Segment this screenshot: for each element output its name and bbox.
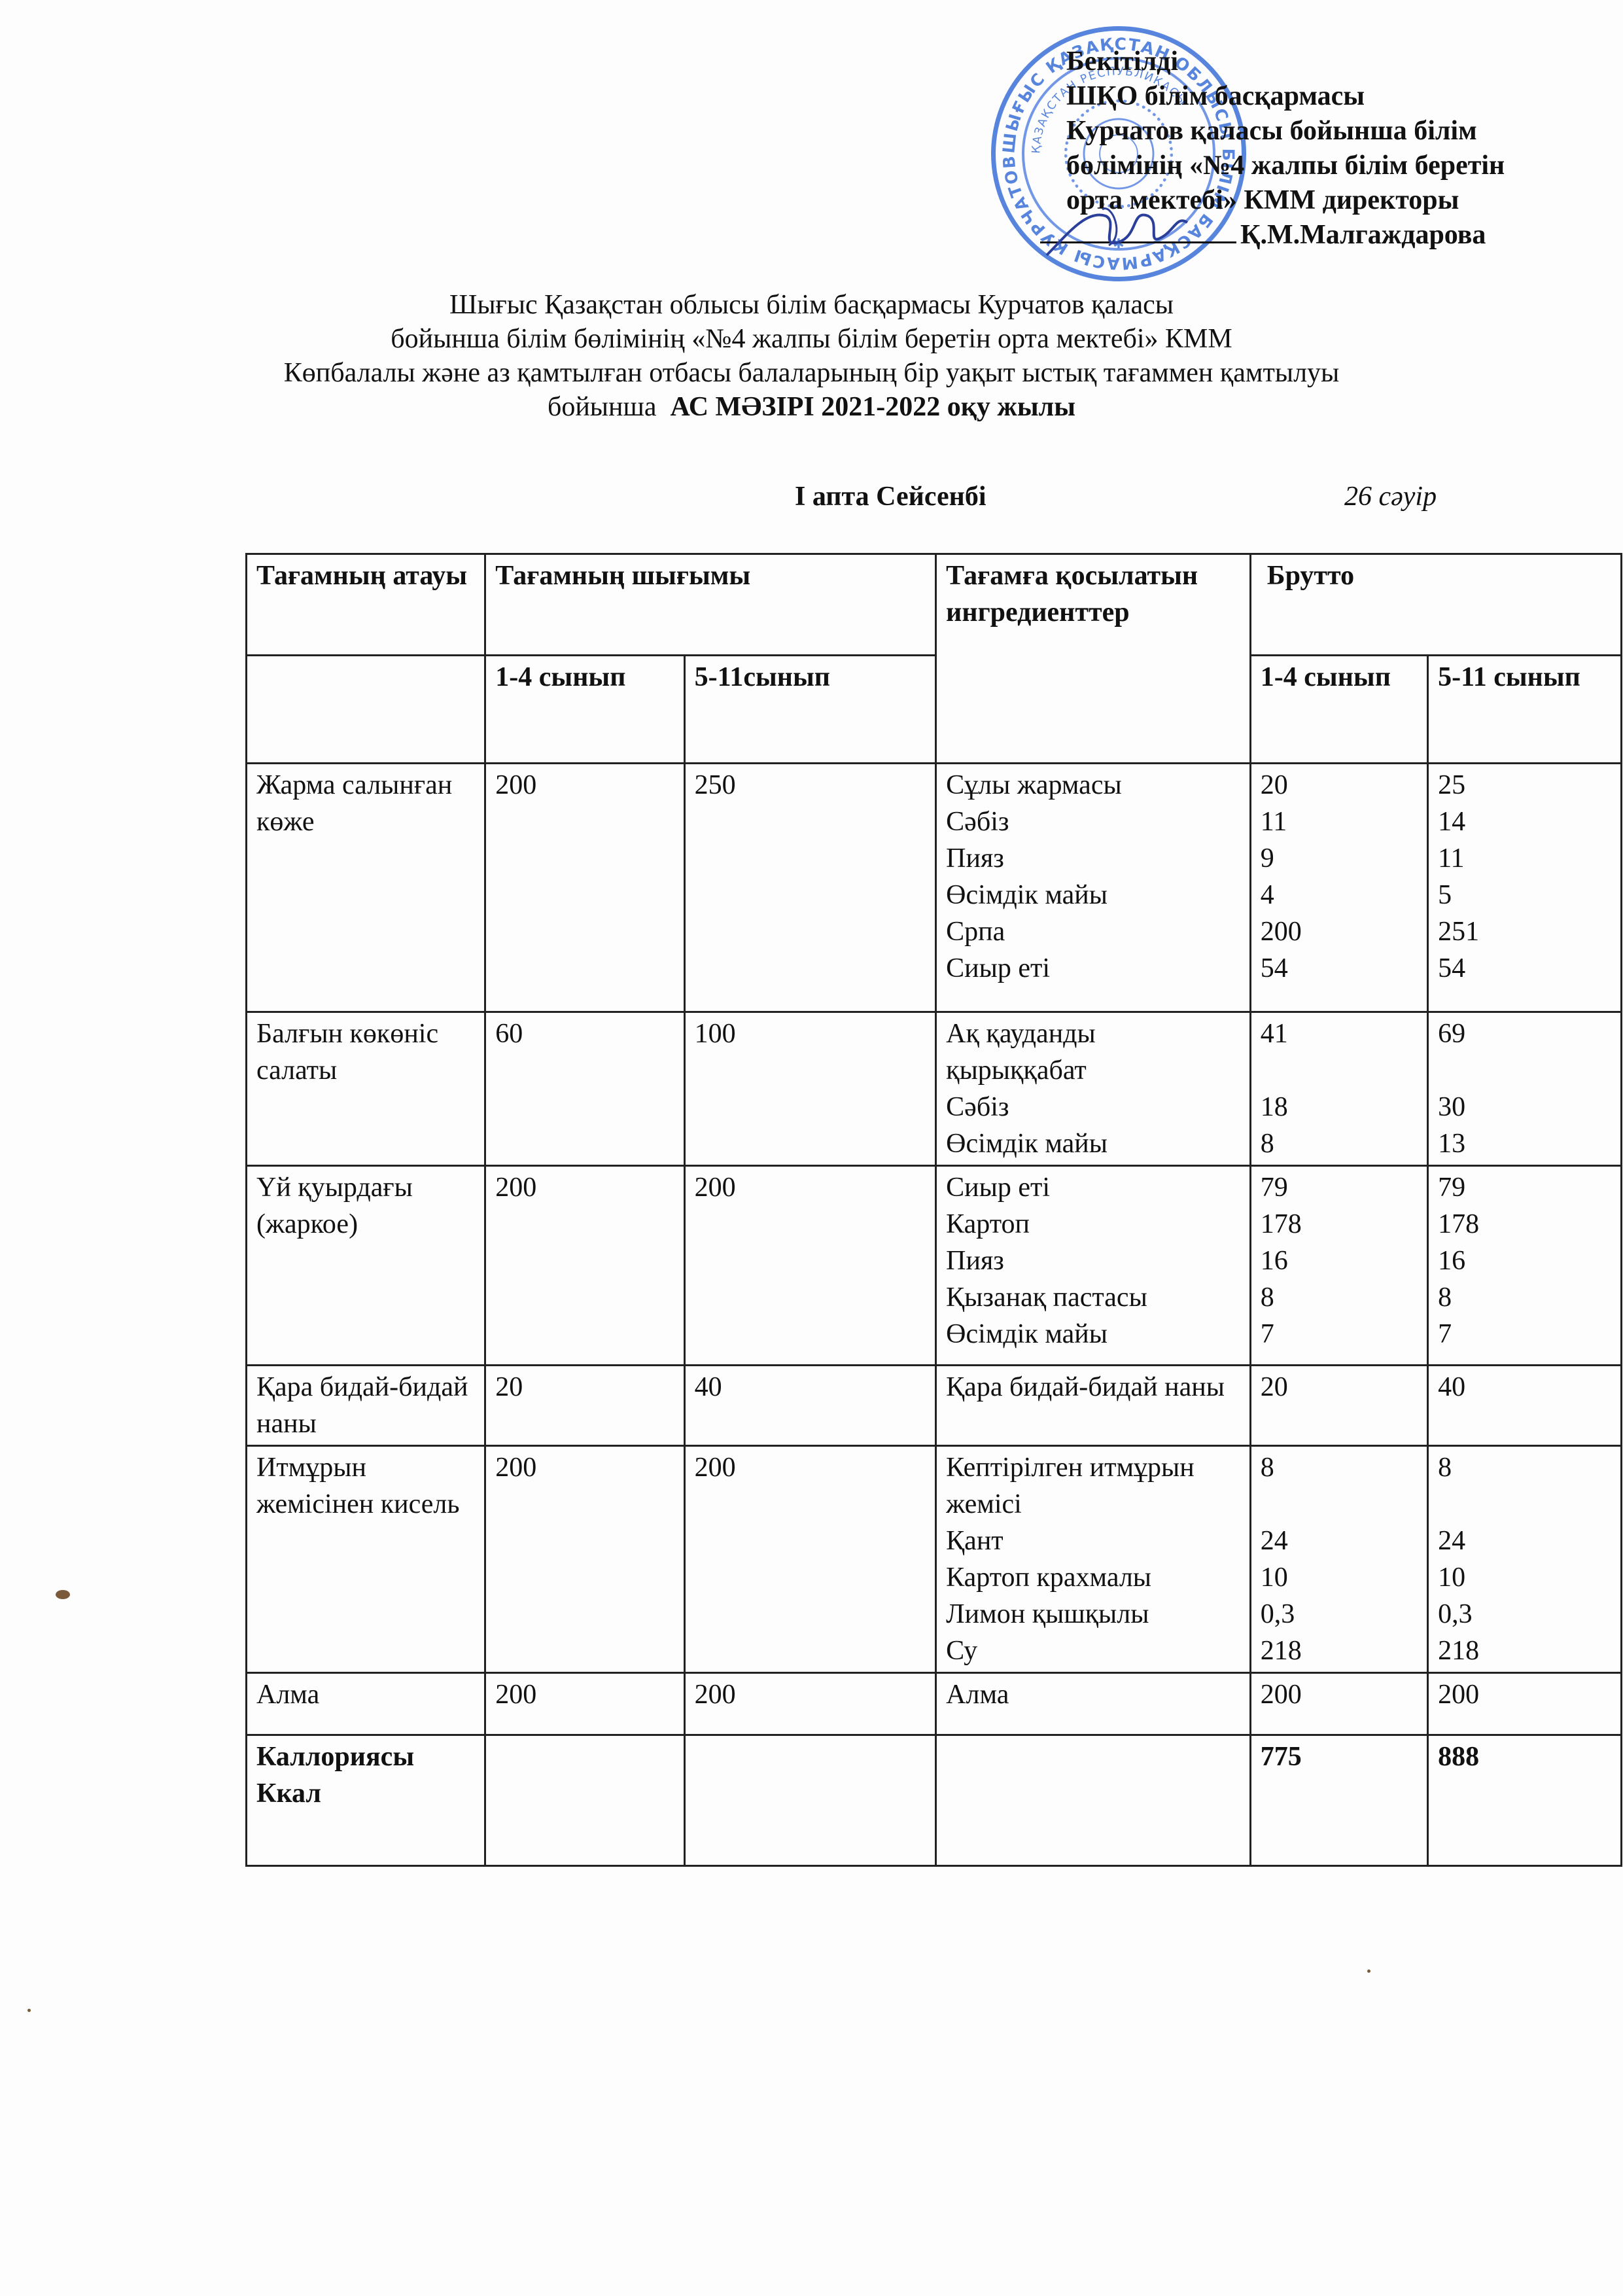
brutto-value: 200 [1438,1676,1611,1713]
brutto-value: 218 [1261,1633,1418,1669]
brutto-value: 10 [1261,1559,1418,1596]
week-day-label: І апта Сейсенбі [795,481,986,512]
output-5-11: 200 [684,1166,936,1366]
title-line-2: бойынша білім бөлімінің «№4 жалпы білім … [0,322,1623,356]
ingredient-item: Пияз [946,840,1240,877]
total-row: Каллориясы Ккал 775 888 [247,1735,1622,1866]
brutto-value: 54 [1438,950,1611,987]
brutto-value: 8 [1261,1125,1418,1162]
output-1-4: 200 [485,1673,684,1735]
ingredient-item: Өсімдік майы [946,1316,1240,1352]
brutto-value: 20 [1261,1369,1418,1405]
header-output-1-4: 1-4 сынып [485,656,684,764]
ingredients-cell: Ақ қауданды қырыққабатСәбізӨсімдік майы [936,1012,1251,1166]
ingredient-item: Өсімдік майы [946,877,1240,913]
total-label: Каллориясы Ккал [247,1735,485,1866]
scan-artifact [1367,1969,1370,1973]
brutto-value: 54 [1261,950,1418,987]
table-row: Жарма салынған көже200250Сұлы жармасыСәб… [247,764,1622,1012]
ingredient-item: Картоп [946,1206,1240,1243]
table-row: Үй қуырдағы (жаркое)200200Сиыр етіКартоп… [247,1166,1622,1366]
ingredient-item: Ақ қауданды қырыққабат [946,1016,1240,1089]
output-1-4: 60 [485,1012,684,1166]
dish-name: Жарма салынған көже [247,764,485,1012]
brutto-value: 200 [1261,913,1418,950]
dish-name: Балғын көкөніс салаты [247,1012,485,1166]
total-empty [485,1735,684,1866]
document-title: Шығыс Қазақстан облысы білім басқармасы … [0,288,1623,424]
total-empty [936,1735,1251,1866]
menu-title: АС МӘЗІРІ 2021-2022 оқу жылы [670,392,1075,422]
ingredients-cell: Сұлы жармасыСәбізПиязӨсімдік майыСрпаСиы… [936,764,1251,1012]
output-5-11: 40 [684,1366,936,1446]
brutto-value: 24 [1438,1523,1611,1559]
ingredient-item: Қызанақ пастасы [946,1279,1240,1316]
ingredient-item: Кептірілген итмұрын жемісі [946,1449,1240,1523]
dish-name: Үй қуырдағы (жаркое) [247,1166,485,1366]
menu-table: Тағамның атауы Тағамның шығымы Тағамға қ… [245,553,1622,1867]
brutto-value: 79 [1261,1169,1418,1206]
scan-artifact [56,1590,70,1599]
brutto-value: 251 [1438,913,1611,950]
brutto-5-11-cell: 69 3013 [1428,1012,1622,1166]
total-kcal-1-4: 775 [1250,1735,1427,1866]
brutto-value: 5 [1438,877,1611,913]
approval-line: Курчатов қаласы бойынша білім [1066,114,1505,149]
ingredients-cell: Сиыр етіКартопПиязҚызанақ пастасыӨсімдік… [936,1166,1251,1366]
brutto-value: 0,3 [1261,1596,1418,1633]
ingredient-item: Картоп крахмалы [946,1559,1240,1596]
brutto-1-4-cell: 20119420054 [1250,764,1427,1012]
brutto-value: 24 [1261,1523,1418,1559]
brutto-value: 0,3 [1438,1596,1611,1633]
output-5-11: 250 [684,764,936,1012]
approval-line: бөлімінің «№4 жалпы білім беретін [1066,149,1505,183]
total-kcal-5-11: 888 [1428,1735,1622,1866]
brutto-value: 69 [1438,1016,1611,1052]
brutto-value: 8 [1261,1279,1418,1316]
output-1-4: 200 [485,1446,684,1673]
output-1-4: 200 [485,1166,684,1366]
total-empty [684,1735,936,1866]
title-line-3: Көпбалалы және аз қамтылған отбасы балал… [0,356,1623,390]
brutto-value: 7 [1261,1316,1418,1352]
table-row: Алма200200Алма200200 [247,1673,1622,1735]
brutto-5-11-cell: 200 [1428,1673,1622,1735]
title-line-4: бойынша АС МӘЗІРІ 2021-2022 оқу жылы [0,390,1623,424]
brutto-1-4-cell: 41 188 [1250,1012,1427,1166]
brutto-5-11-cell: 251411525154 [1428,764,1622,1012]
brutto-1-4-cell: 791781687 [1250,1166,1427,1366]
signatory-name: Қ.М.Малгаждарова [1240,220,1486,250]
brutto-value: 79 [1438,1169,1611,1206]
brutto-value: 25 [1438,767,1611,804]
ingredient-item: Сәбіз [946,1089,1240,1125]
brutto-value: 13 [1438,1125,1611,1162]
brutto-5-11-cell: 8 24100,3218 [1428,1446,1622,1673]
table-row: Қара бидай-бидай наны2040Қара бидай-бида… [247,1366,1622,1446]
brutto-value: 30 [1438,1089,1611,1125]
output-5-11: 200 [684,1446,936,1673]
header-empty [247,656,485,764]
brutto-value: 11 [1261,804,1418,840]
output-5-11: 200 [684,1673,936,1735]
brutto-5-11-cell: 40 [1428,1366,1622,1446]
brutto-1-4-cell: 200 [1250,1673,1427,1735]
ingredients-cell: Қара бидай-бидай наны [936,1366,1251,1446]
brutto-5-11-cell: 791781687 [1428,1166,1622,1366]
brutto-value: 178 [1261,1206,1418,1243]
brutto-value: 11 [1438,840,1611,877]
ingredient-item: Су [946,1633,1240,1669]
header-output: Тағамның шығымы [485,554,936,656]
ingredient-item: Пияз [946,1243,1240,1279]
dish-name: Итмұрын жемісінен кисель [247,1446,485,1673]
ingredient-item: Сәбіз [946,804,1240,840]
brutto-value: 218 [1438,1633,1611,1669]
ingredient-item: Алма [946,1676,1240,1713]
header-dish-name: Тағамның атауы [247,554,485,656]
scan-artifact [27,2009,31,2012]
date-label: 26 сәуір [1344,481,1437,512]
brutto-value: 10 [1438,1559,1611,1596]
table-row: Балғын көкөніс салаты60100Ақ қауданды қы… [247,1012,1622,1166]
header-ingredients: Тағамға қосылатын ингредиенттер [936,554,1251,764]
ingredient-item: Сиыр еті [946,950,1240,987]
ingredient-item: Қара бидай-бидай наны [946,1369,1240,1405]
approval-line: Бекітілді [1066,44,1505,79]
title-line-4-prefix: бойынша [548,392,657,422]
brutto-value: 7 [1438,1316,1611,1352]
brutto-value: 8 [1261,1449,1418,1486]
ingredient-item: Српа [946,913,1240,950]
ingredients-cell: Алма [936,1673,1251,1735]
approval-line: ШҚО білім басқармасы [1066,79,1505,114]
ingredient-item: Лимон қышқылы [946,1596,1240,1633]
dish-name: Алма [247,1673,485,1735]
brutto-value: 40 [1438,1369,1611,1405]
ingredient-item: Қант [946,1523,1240,1559]
output-1-4: 200 [485,764,684,1012]
header-brutto: Брутто [1250,554,1621,656]
brutto-value: 9 [1261,840,1418,877]
brutto-1-4-cell: 20 [1250,1366,1427,1446]
ingredient-item: Өсімдік майы [946,1125,1240,1162]
brutto-value: 200 [1261,1676,1418,1713]
header-brutto-5-11: 5-11 сынып [1428,656,1622,764]
header-output-5-11: 5-11сынып [684,656,936,764]
output-5-11: 100 [684,1012,936,1166]
brutto-value: 178 [1438,1206,1611,1243]
ingredients-cell: Кептірілген итмұрын жемісіҚантКартоп кра… [936,1446,1251,1673]
brutto-value: 8 [1438,1279,1611,1316]
signature-icon [1040,196,1197,262]
brutto-value: 16 [1261,1243,1418,1279]
brutto-1-4-cell: 8 24100,3218 [1250,1446,1427,1673]
brutto-value: 18 [1261,1089,1418,1125]
table-row: Итмұрын жемісінен кисель200200Кептірілге… [247,1446,1622,1673]
ingredient-item: Сиыр еті [946,1169,1240,1206]
title-line-1: Шығыс Қазақстан облысы білім басқармасы … [0,288,1623,322]
brutto-value: 16 [1438,1243,1611,1279]
brutto-value: 4 [1261,877,1418,913]
ingredient-item: Сұлы жармасы [946,767,1240,804]
dish-name: Қара бидай-бидай наны [247,1366,485,1446]
brutto-value: 14 [1438,804,1611,840]
brutto-value: 8 [1438,1449,1611,1486]
output-1-4: 20 [485,1366,684,1446]
header-brutto-1-4: 1-4 сынып [1250,656,1427,764]
brutto-value: 20 [1261,767,1418,804]
brutto-value: 41 [1261,1016,1418,1052]
